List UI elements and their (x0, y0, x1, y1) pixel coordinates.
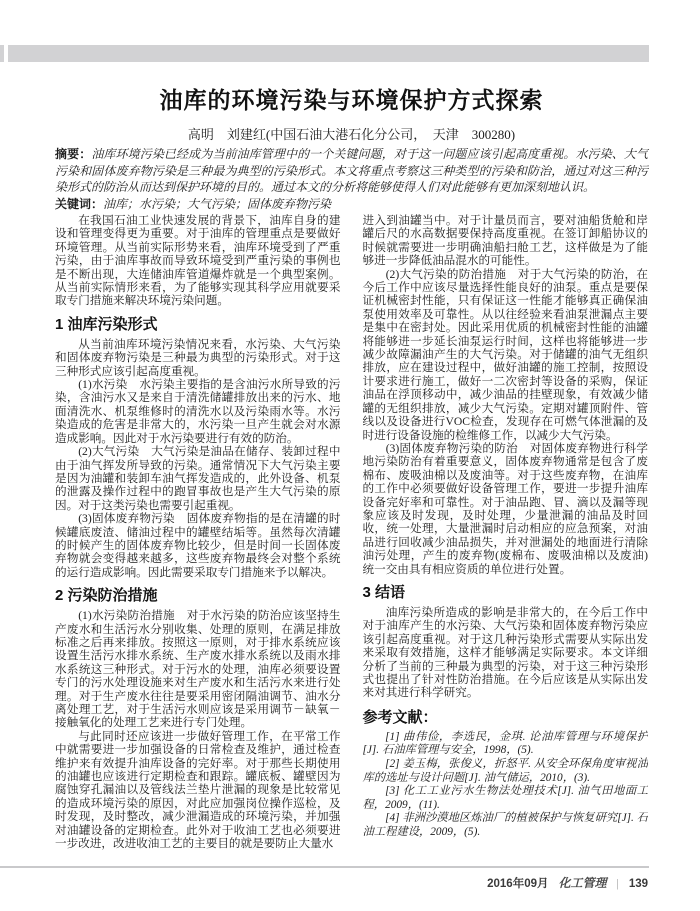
keywords-block: 关键词：油库；水污染；大气污染；固体废弃物污染 (55, 196, 648, 212)
abstract-label: 摘要： (55, 147, 91, 161)
section-3-heading: 3 结语 (363, 581, 649, 602)
air-pollution-paragraph: (2)大气污染 大气污染是油品在储存、装卸过程中由于油气挥发所导致的污染。通常情… (55, 445, 341, 512)
water-measures-paragraph: (1)水污染防治措施 对于水污染的防治应该坚持生产废水和生活污水分别收集、处理的… (55, 609, 341, 730)
intro-paragraph: 在我国石油工业快速发展的背景下，油库自身的建设和管理变得更为重要。对于油库的管理… (55, 214, 341, 308)
author-affiliation-line: 高明 刘建红(中国石油大港石化分公司， 天津 300280) (55, 124, 648, 143)
journal-page: 油库的环境污染与环境保护方式探索 高明 刘建红(中国石油大港石化分公司， 天津 … (0, 0, 700, 911)
solid-waste-paragraph: (3)固体废弃物污染 固体废弃物指的是在清罐的时候罐底废渣、储油过程中的罐壁结垢… (55, 512, 341, 579)
left-column: 在我国石油工业快速发展的背景下，油库自身的建设和管理变得更为重要。对于油库的管理… (55, 214, 341, 864)
section-1-heading: 1 油库污染形式 (55, 313, 341, 334)
reference-item: [1] 曲伟俭，李选民，金琪. 论油库管理与环境保护[J]. 石油库管理与安全，… (363, 731, 649, 758)
footer-issue-date: 2016年09月 (487, 875, 548, 891)
footer-separator: | (617, 878, 619, 890)
footer: 2016年09月 化工管理 | 139 (487, 874, 648, 891)
reference-item: [4] 非洲沙漠地区炼油厂的植被保护与恢复研究[J]. 石油工程建设，2009，… (363, 812, 649, 839)
header-band-notch (0, 45, 4, 62)
management-paragraph: 与此同时还应该进一步做好管理工作，在平常工作中就需要进一步加强设备的日常检查及维… (55, 730, 341, 851)
section-2-heading: 2 污染防治措施 (55, 584, 341, 605)
footer-page-number: 139 (629, 878, 648, 890)
pollution-overview-paragraph: 从当前油库环境污染情况来看，水污染、大气污染和固体废弃物污染是三种最为典型的污染… (55, 338, 341, 378)
management-continuation-paragraph: 进入到油罐当中。对于计量员而言，要对油船货舱和岸罐后尺的水高数据要保持高度重视。… (363, 214, 649, 268)
references-heading: 参考文献： (363, 706, 649, 727)
article-title: 油库的环境污染与环境保护方式探索 (55, 82, 648, 115)
keywords-label: 关键词： (55, 197, 103, 211)
journal-logotype: 化工管理 (558, 874, 606, 891)
air-measures-paragraph: (2)大气污染的防治措施 对于大气污染的防治，在今后工作中应该尽量选择性能良好的… (363, 268, 649, 442)
reference-item: [3] 化工工业污水生物法处理技术[J]. 油气田地面工程，2009，(11). (363, 785, 649, 812)
keywords-text: 油库；水污染；大气污染；固体废弃物污染 (103, 197, 331, 211)
abstract-block: 摘要：油库环境污染已经成为当前油库管理中的一个关键问题，对于这一问题应该引起高度… (55, 146, 648, 196)
water-pollution-paragraph: (1)水污染 水污染主要指的是含油污水所导致的污染，含油污水又是来自于清洗储罐排… (55, 378, 341, 445)
body-columns: 在我国石油工业快速发展的背景下，油库自身的建设和管理变得更为重要。对于油库的管理… (55, 214, 648, 864)
footer-rule (0, 866, 649, 868)
header-redaction-band (8, 45, 649, 62)
right-column: 进入到油罐当中。对于计量员而言，要对油船货舱和岸罐后尺的水高数据要保持高度重视。… (363, 214, 649, 864)
abstract-text: 油库环境污染已经成为当前油库管理中的一个关键问题，对于这一问题应该引起高度重视。… (55, 147, 648, 194)
conclusion-paragraph: 油库污染所造成的影响是非常大的，在今后工作中对于油库产生的水污染、大气污染和固体… (363, 606, 649, 700)
reference-item: [2] 姜玉梅，张俊义，折怒平. 从安全环保角度审视油库的选址与设计问题[J].… (363, 758, 649, 785)
solid-measures-paragraph: (3)固体废弃物污染的防治 对固体废弃物进行科学地污染防治有着重要意义，固体废弃… (363, 442, 649, 576)
